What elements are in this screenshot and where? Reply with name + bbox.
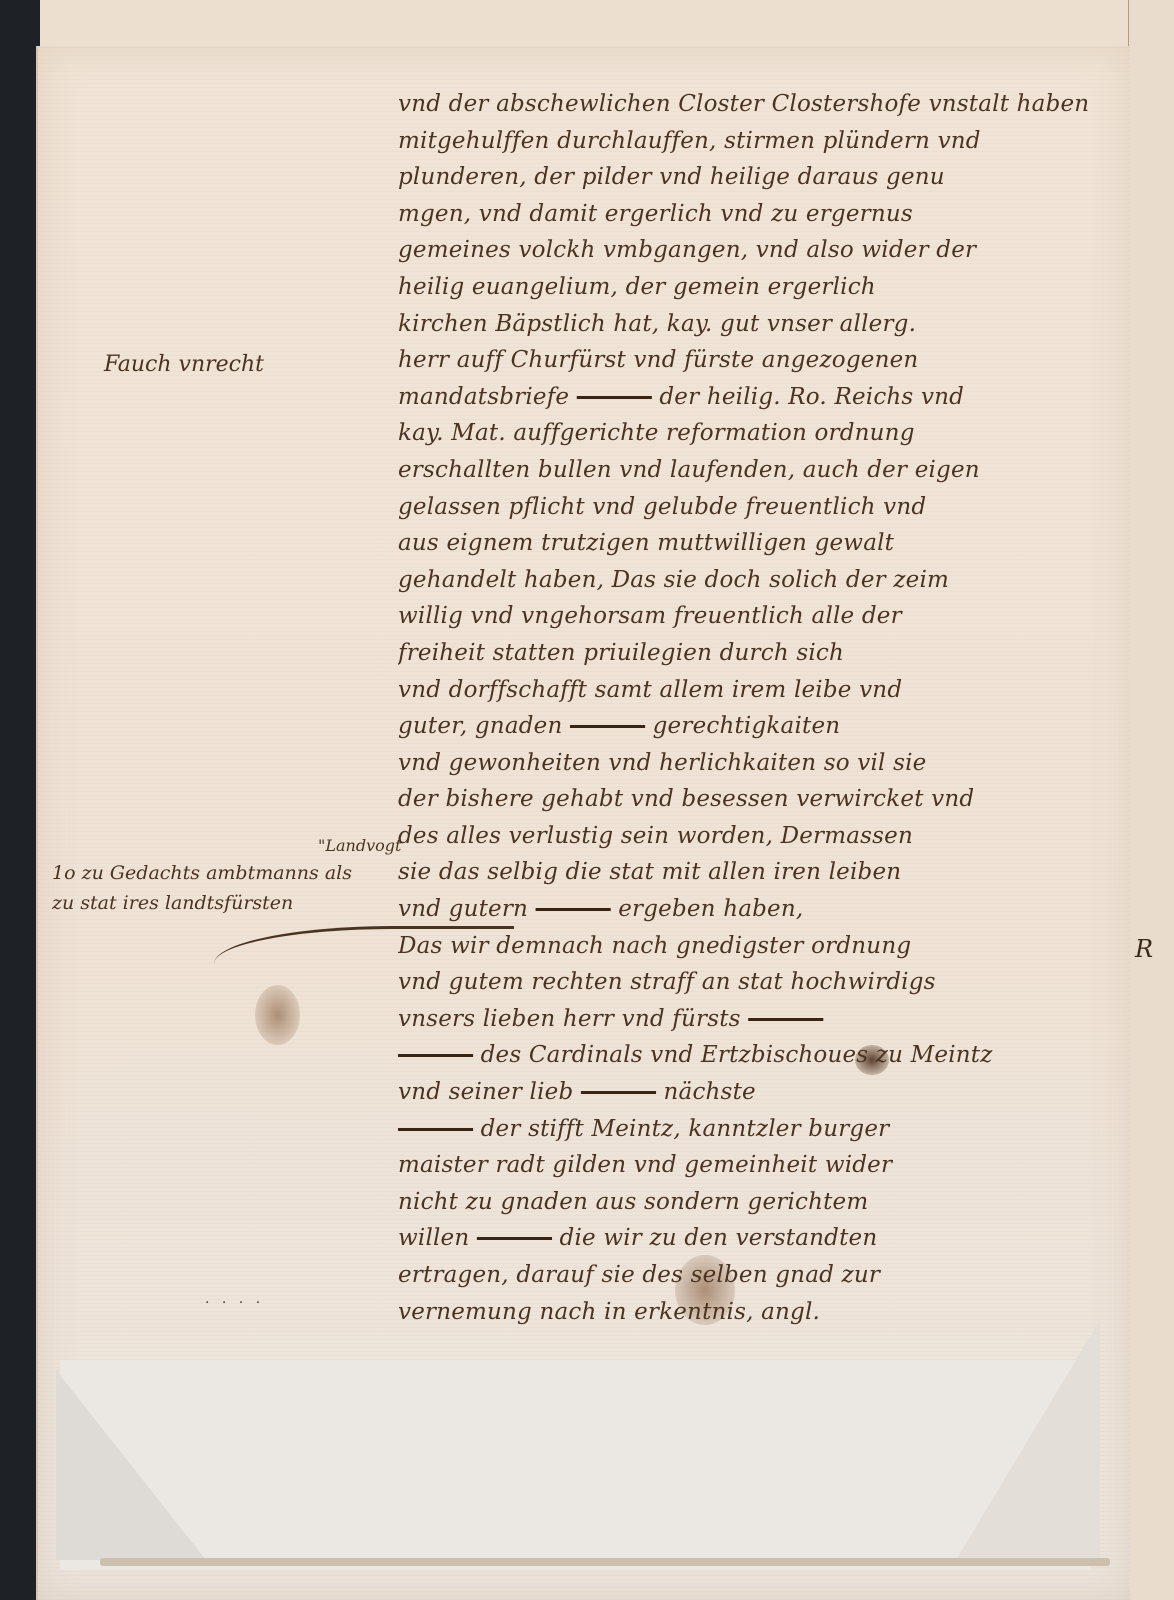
text-line: vnsers lieben herr vnd fürsts bbox=[398, 1001, 1118, 1038]
underlying-leaf-top bbox=[40, 0, 1174, 50]
text-line: kay. Mat. auffgerichte reformation ordnu… bbox=[398, 415, 1118, 452]
struck-text bbox=[748, 1006, 823, 1032]
text-line: vnd seiner lieb nächste bbox=[398, 1074, 1118, 1111]
margin-note-2: 1o zu Gedachts ambtmanns als zu stat ire… bbox=[52, 858, 352, 918]
text-line: vernemung nach in erkentnis, angl. bbox=[398, 1294, 1118, 1331]
struck-text bbox=[398, 1042, 473, 1068]
text-line: des alles verlustig sein worden, Dermass… bbox=[398, 818, 1118, 855]
text-line: gehandelt haben, Das sie doch solich der… bbox=[398, 562, 1118, 599]
text-line: gelassen pflicht vnd gelubde freuentlich… bbox=[398, 489, 1118, 526]
text-line: mitgehulffen durchlauffen, stirmen plünd… bbox=[398, 123, 1118, 160]
folded-bottom-flap bbox=[60, 1360, 1090, 1570]
struck-text bbox=[477, 1225, 552, 1251]
text-line: nicht zu gnaden aus sondern gerichtem bbox=[398, 1184, 1118, 1221]
text-line: der bishere gehabt vnd besessen verwirck… bbox=[398, 781, 1118, 818]
text-line: der stifft Meintz, kanntzler burger bbox=[398, 1111, 1118, 1148]
margin-note-superscript: "Landvogt bbox=[318, 836, 401, 855]
text-line: maister radt gilden vnd gemeinheit wider bbox=[398, 1147, 1118, 1184]
text-line: ertragen, darauf sie des selben gnad zur bbox=[398, 1257, 1118, 1294]
ink-stain bbox=[255, 985, 300, 1045]
text-line: guter, gnaden gerechtigkaiten bbox=[398, 708, 1118, 745]
struck-text bbox=[536, 896, 611, 922]
text-line: kirchen Bäpstlich hat, kay. gut vnser al… bbox=[398, 306, 1118, 343]
text-line: vnd gewonheiten vnd herlichkaiten so vil… bbox=[398, 745, 1118, 782]
text-line: heilig euangelium, der gemein ergerlich bbox=[398, 269, 1118, 306]
struck-text bbox=[581, 1079, 656, 1105]
adjacent-leaf-fragment: R bbox=[1135, 935, 1153, 963]
margin-note-2-line-1: 1o zu Gedachts ambtmanns als bbox=[52, 858, 352, 888]
adjacent-leaf: R bbox=[1128, 0, 1174, 1600]
text-line: mandatsbriefe der heilig. Ro. Reichs vnd bbox=[398, 379, 1118, 416]
margin-note-2-line-2: zu stat ires landtsfürsten bbox=[52, 888, 352, 918]
text-line: freiheit statten priuilegien durch sich bbox=[398, 635, 1118, 672]
scanner-bed-edge bbox=[0, 0, 40, 1600]
torn-edge bbox=[100, 1558, 1110, 1566]
text-line: erschallten bullen vnd laufenden, auch d… bbox=[398, 452, 1118, 489]
struck-text bbox=[577, 384, 652, 410]
text-line: vnd dorffschafft samt allem irem leibe v… bbox=[398, 672, 1118, 709]
text-line: willig vnd vngehorsam freuentlich alle d… bbox=[398, 598, 1118, 635]
text-line: aus eignem trutzigen muttwilligen gewalt bbox=[398, 525, 1118, 562]
text-line: gemeines volckh vmbgangen, vnd also wide… bbox=[398, 232, 1118, 269]
text-line: sie das selbig die stat mit allen iren l… bbox=[398, 854, 1118, 891]
main-text-block: vnd der abschewlichen Closter Clostersho… bbox=[398, 86, 1118, 1330]
text-line: willen die wir zu den verstandten bbox=[398, 1220, 1118, 1257]
text-line: des Cardinals vnd Ertzbischoues zu Meint… bbox=[398, 1037, 1118, 1074]
text-line: vnd gutern ergeben haben, bbox=[398, 891, 1118, 928]
text-line: herr auff Churfürst vnd fürste angezogen… bbox=[398, 342, 1118, 379]
text-line: mgen, vnd damit ergerlich vnd zu ergernu… bbox=[398, 196, 1118, 233]
ink-specks: · · · · bbox=[205, 1295, 264, 1311]
struck-text bbox=[570, 713, 645, 739]
text-line: plunderen, der pilder vnd heilige daraus… bbox=[398, 159, 1118, 196]
margin-note-1: Fauch vnrecht bbox=[104, 352, 264, 377]
text-line: vnd gutem rechten straff an stat hochwir… bbox=[398, 964, 1118, 1001]
struck-text bbox=[398, 1116, 473, 1142]
text-line: Das wir demnach nach gnedigster ordnung bbox=[398, 928, 1118, 965]
text-line: vnd der abschewlichen Closter Clostersho… bbox=[398, 86, 1118, 123]
